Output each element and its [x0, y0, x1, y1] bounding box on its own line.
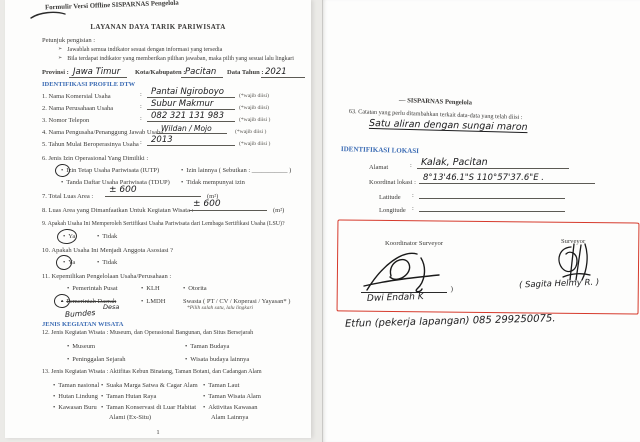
option-tidak-asosiasi: Tidak — [97, 259, 117, 266]
longitude-field — [419, 200, 565, 212]
field-luas-wisata: ± 600 — [189, 199, 267, 211]
field-label-12: 12. Jenis Kegiatan Wisata : Museum, dan … — [42, 330, 253, 337]
question-63-answer: Satu aliran dengan sungai maron — [369, 119, 528, 134]
option-wisata-budaya-lainnya: Wisata budaya lainnya — [185, 356, 249, 363]
option-taman-nasional: Taman nasional — [53, 382, 99, 389]
year-value: 2021 — [265, 68, 287, 77]
field-total-luas: ± 600 — [105, 185, 201, 197]
instruction-item: Bila terdapat indikator yang memberikan … — [58, 56, 294, 63]
field-value-nama-perusahaan: Subur Makmur — [151, 100, 213, 109]
coordinate-field: 8°13'46.1"S 110°57'37.6"E . — [419, 172, 595, 184]
signature-line — [361, 284, 447, 293]
field-nama-perusahaan: Subur Makmur — [147, 98, 235, 110]
field-penanggung-jawab: Wildan / Mojo — [157, 122, 227, 134]
longitude-label: Longitude — [379, 207, 406, 214]
section-identifikasi-profile: IDENTIFIKASI PROFILE DTW — [42, 81, 135, 88]
address-label: Alamat — [369, 164, 388, 171]
section-jenis-kegiatan: JENIS KEGIATAN WISATA — [42, 321, 123, 328]
form-header-partial: SISPARNAS Pengelola — [399, 97, 472, 107]
option-taman-laut: Taman Laut — [203, 382, 239, 389]
field-label-asosiasi: 10. Apakah Usaha Ini Menjadi Anggota Aso… — [42, 247, 173, 254]
section-identifikasi-lokasi: IDENTIFIKASI LOKASI — [341, 146, 419, 156]
field-tahun-operasi: 2013 — [147, 134, 235, 146]
field-label-luas-wisata: 8. Luas Area yang Dimanfaatkan Untuk Keg… — [42, 207, 193, 214]
required-mark: (*wajib diisi ) — [235, 129, 266, 135]
field-value-nomor-telepon: 082 321 131 983 — [151, 112, 224, 121]
option-taman-wisata-alam: Taman Wisata Alam — [203, 393, 261, 400]
scanned-form-page-1: Formulir Versi Offline SISPARNAS Pengelo… — [5, 0, 311, 438]
instruction-item: Jawablah semua indikator sesuai dengan i… — [58, 47, 222, 54]
field-value-nama-komersial: Pantai Ngiroboyo — [151, 88, 224, 97]
unit-m2: (m²) — [273, 207, 284, 214]
circle-annotation — [56, 228, 77, 245]
scanned-form-page-2: SISPARNAS Pengelola 63. Catatan yang per… — [322, 0, 640, 442]
required-mark: (*wajib diisi ) — [239, 141, 270, 147]
option-otorita: Otorita — [183, 285, 207, 292]
circle-annotation — [55, 254, 72, 271]
field-label-nama-komersial: 1. Nama Komersial Usaha — [42, 93, 111, 100]
field-nomor-telepon: 082 321 131 983 — [147, 110, 235, 122]
coordinate-value: 8°13'46.1"S 110°57'37.6"E . — [423, 174, 544, 183]
circle-annotation — [54, 163, 70, 177]
option-kawasan-buru: Kawasan Buru — [53, 404, 97, 411]
handwritten-desa: Desa — [103, 304, 119, 311]
coordinator-surveyor-name: Dwi Endah K — [367, 293, 424, 305]
option-iutp: Izin Tetap Usaha Pariwisata (IUTP) — [61, 167, 159, 174]
option-izin-lainnya: Izin lainnya ( Sebutkan : ___________ ) — [181, 167, 291, 174]
latitude-label: Latitude — [379, 194, 401, 201]
option-aktivitas-kawasan-cont: Alam Lainnya — [211, 414, 248, 421]
handwritten-bumdes: Bumdes — [65, 309, 96, 319]
form-title: LAYANAN DAYA TARIK PARIWISATA — [5, 24, 311, 32]
field-nama-komersial: Pantai Ngiroboyo — [147, 86, 235, 98]
city-value: Pacitan — [185, 68, 216, 77]
option-peninggalan-sejarah: Peninggalan Sejarah — [67, 356, 126, 363]
year-label: Data Tahun : — [227, 69, 264, 76]
option-taman-budaya: Taman Budaya — [185, 343, 229, 350]
required-mark: (*wajib diisi) — [239, 93, 269, 99]
year-field: 2021 — [261, 66, 305, 78]
required-mark: (*wajib diisi ) — [239, 117, 270, 123]
field-label-total-luas: 7. Total Luas Area : — [42, 193, 93, 200]
field-value-penanggung-jawab: Wildan / Mojo — [161, 125, 212, 133]
option-suaka-marga-satwa: Suaka Marga Satwa & Cagar Alam — [101, 382, 198, 389]
option-taman-konservasi-cont: Alami (Ex-Situ) — [109, 414, 151, 421]
latitude-field — [419, 187, 565, 199]
option-hutan-lindung: Hutan Lindung — [53, 393, 98, 400]
option-pemerintah-pusat: Pemerintah Pusat — [67, 285, 118, 292]
field-label-sertifikasi: 9. Apakah Usaha Ini Memperoleh Sertifika… — [42, 221, 285, 227]
address-value: Kalak, Pacitan — [421, 158, 488, 168]
province-value: Jawa Timur — [73, 68, 120, 77]
page-number: 1 — [5, 429, 311, 436]
city-field: Pacitan — [181, 66, 223, 78]
option-klh: KLH — [141, 285, 160, 292]
option-aktivitas-kawasan: Aktivitas Kawasan — [203, 404, 258, 411]
field-label-nomor-telepon: 3. Nomor Telepon — [42, 117, 89, 124]
field-value-luas-wisata: ± 600 — [193, 200, 221, 210]
option-taman-hutan-raya: Taman Hutan Raya — [101, 393, 156, 400]
province-field: Jawa Timur — [69, 66, 127, 78]
form-header: Formulir Versi Offline SISPARNAS Pengelo… — [45, 0, 179, 12]
field-value-total-luas: ± 600 — [109, 186, 137, 196]
province-label: Provinsi : — [42, 69, 69, 76]
field-value-tahun-operasi: 2013 — [151, 136, 173, 145]
required-mark: (*wajib diisi) — [239, 105, 269, 111]
option-note: *Pilih salah satu, lalu lingkari — [187, 306, 253, 312]
option-tidak-sertifikasi: Tidak — [97, 233, 117, 240]
instructions-label: Petunjuk pengisian : — [42, 37, 95, 44]
field-label-kepemilikan: 11. Kepemilikan Pengelolaan Usaha/Perusa… — [42, 273, 171, 280]
field-label-tahun-operasi: 5. Tahun Mulai Beroperasinya Usaha — [42, 141, 139, 148]
field-label-jenis-izin: 6. Jenis Izin Operasional Yang Dimiliki … — [42, 155, 148, 162]
city-label: Kota/Kabupaten : — [135, 69, 185, 76]
circle-annotation — [53, 293, 70, 309]
coordinate-label: Koordinat lokasi : — [369, 179, 416, 186]
field-worker-note: Etfun (pekerja lapangan) 085 299250075. — [345, 313, 556, 330]
address-field: Kalak, Pacitan — [417, 157, 569, 169]
field-label-13: 13. Jenis Kegiatan Wisata : Aktifitas Ke… — [42, 369, 262, 376]
option-museum: Museum — [67, 343, 95, 350]
option-lmdh: LMDH — [141, 298, 165, 305]
field-label-nama-perusahaan: 2. Nama Perusahaan Usaha — [42, 105, 113, 112]
signature-surveyor-icon — [545, 242, 601, 282]
option-taman-konservasi: Taman Konservasi di Luar Habitat — [101, 404, 196, 411]
